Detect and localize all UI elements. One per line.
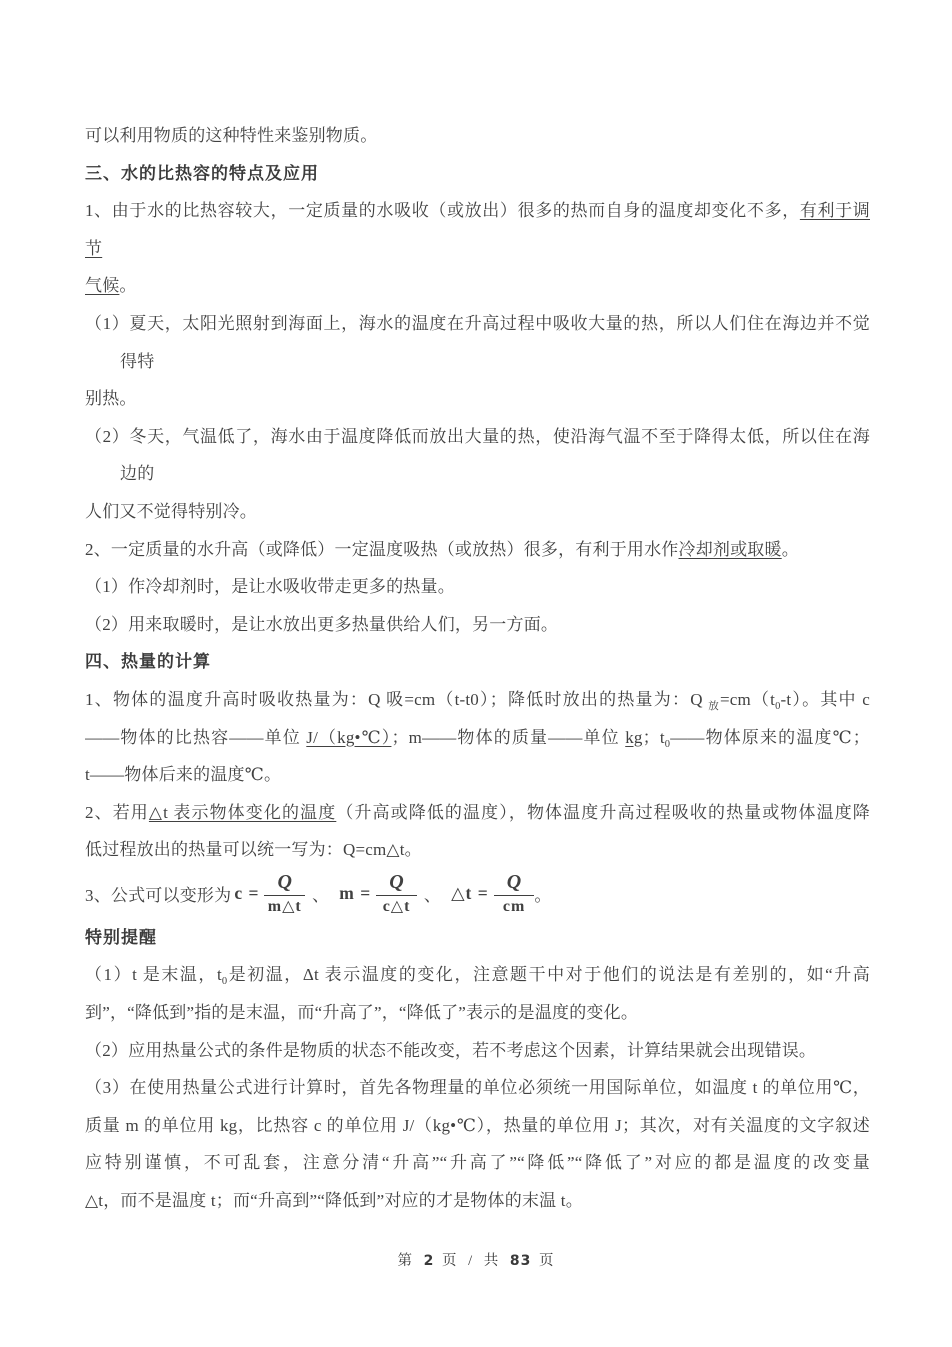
body-line: 低过程放出的热量可以统一写为：Q=cm△t。 [85, 831, 870, 869]
total-pages: 83 [510, 1253, 531, 1269]
section-heading-4: 四、热量的计算 [85, 643, 870, 681]
body-line: 别热。 [85, 380, 870, 418]
underlined-text: △t 表示物体变化的温度 [149, 803, 336, 822]
body-line: 到”，“降低到”指的是末温，而“升高了”，“降低了”表示的是温度的变化。 [85, 994, 870, 1032]
page-number: 2 [424, 1253, 435, 1269]
body-text: -t）。其中 c [781, 690, 870, 709]
body-line: （2）应用热量公式的条件是物质的状态不能改变，若不考虑这个因素，计算结果就会出现… [85, 1032, 870, 1070]
body-line: 人们又不觉得特别冷。 [85, 493, 870, 531]
page-footer: 第 2 页 / 共 83 页 [85, 1243, 870, 1281]
body-line: 节 [85, 230, 870, 268]
footer-text: 页 / 共 [434, 1253, 510, 1269]
underlined-text: 气候 [85, 276, 119, 295]
subscript-text: 0 [665, 739, 670, 750]
body-line: 边的 [85, 455, 870, 493]
body-text: 1、由于水的比热容较大，一定质量的水吸收（或放出）很多的热而自身的温度却变化不多… [85, 201, 800, 220]
special-reminder-heading: 特别提醒 [85, 919, 870, 957]
body-line: 1、由于水的比热容较大，一定质量的水吸收（或放出）很多的热而自身的温度却变化不多… [85, 192, 870, 230]
subscript-text: 放 [708, 701, 720, 712]
body-text: 边的 [120, 464, 154, 483]
body-line: 应特别谨慎，不可乱套，注意分清“升高”“升高了”“降低”“降低了”对应的都是温度… [85, 1144, 870, 1182]
body-line: 得特 [85, 343, 870, 381]
body-text: t——物体后来的温度℃。 [85, 765, 281, 784]
body-text: 人们又不觉得特别冷。 [85, 502, 257, 521]
body-text: =cm（t [720, 690, 775, 709]
body-line: （1）作冷却剂时，是让水吸收带走更多的热量。 [85, 568, 870, 606]
body-text: ——物体的比热容——单位 [85, 728, 306, 747]
fraction-m: Qc△t [376, 871, 417, 916]
body-line: 可以利用物质的这种特性来鉴别物质。 [85, 117, 870, 155]
body-text: 应特别谨慎，不可乱套，注意分清“升高”“升高了”“降低”“降低了”对应的都是温度… [85, 1153, 870, 1172]
body-text: （2）用来取暖时，是让水放出更多热量供给人们，另一方面。 [85, 615, 558, 634]
body-text: （1）作冷却剂时，是让水吸收带走更多的热量。 [85, 577, 455, 596]
fraction-numerator: Q [376, 871, 417, 896]
body-line: △t，而不是温度 t；而“升高到”“降低到”对应的才是物体的末温 t。 [85, 1182, 870, 1220]
body-line: 2、一定质量的水升高（或降低）一定温度吸热（或放热）很多，有利于用水作冷却剂或取… [85, 531, 870, 569]
footer-text: 第 [397, 1253, 423, 1269]
fraction-numerator: Q [264, 871, 305, 896]
body-line: 1、物体的温度升高时吸收热量为：Q 吸=cm（t-t0）；降低时放出的热量为：Q… [85, 681, 870, 719]
formula-separator: 、 [424, 881, 441, 906]
body-text: （升高或降低的温度），物体温度升高过程吸收的热量或物体温度降 [336, 803, 870, 822]
body-text: 1、物体的温度升高时吸收热量为：Q 吸=cm（t-t0）；降低时放出的热量为：Q [85, 690, 708, 709]
body-text: 是初温，Δt 表示温度的变化，注意题干中对于他们的说法是有差别的，如“升高 [227, 965, 870, 984]
body-line: 质量 m 的单位用 kg，比热容 c 的单位用 J/（kg•℃），热量的单位用 … [85, 1107, 870, 1145]
formula-prefix: 3、公式可以变形为 [85, 881, 231, 906]
body-text: 可以利用物质的这种特性来鉴别物质。 [85, 126, 377, 145]
body-text: （2）冬天，气温低了，海水由于温度降低而放出大量的热，使沿海气温不至于降得太低，… [85, 427, 870, 446]
formula-separator: 、 [312, 881, 329, 906]
body-text: ；m——物体的质量——单位 [391, 728, 625, 747]
formula-suffix: 。 [534, 881, 551, 906]
body-text: （1）t 是末温，t [85, 965, 222, 984]
subscript-text: 0 [222, 976, 227, 987]
body-line: t——物体后来的温度℃。 [85, 756, 870, 794]
body-text: （1）夏天，太阳光照射到海面上，海水的温度在升高过程中吸收大量的热，所以人们住在… [85, 314, 870, 333]
body-line: （1）t 是末温，t0是初温，Δt 表示温度的变化，注意题干中对于他们的说法是有… [85, 956, 870, 994]
body-text: ——物体原来的温度℃； [670, 728, 870, 747]
section-heading-3: 三、水的比热容的特点及应用 [85, 155, 870, 193]
fraction-numerator: Q [494, 871, 535, 896]
body-text: △t，而不是温度 t；而“升高到”“降低到”对应的才是物体的末温 t。 [85, 1191, 583, 1210]
fraction-denominator: cm [503, 896, 525, 916]
body-line: （2）用来取暖时，是让水放出更多热量供给人们，另一方面。 [85, 606, 870, 644]
fraction-denominator: m△t [268, 896, 302, 916]
body-text: 质量 m 的单位用 kg，比热容 c 的单位用 J/（kg•℃），热量的单位用 … [85, 1116, 870, 1135]
body-line: ——物体的比热容——单位 J/（kg•℃）；m——物体的质量——单位 kg；t0… [85, 719, 870, 757]
fraction-dt: Qcm [494, 871, 535, 916]
document-page: 可以利用物质的这种特性来鉴别物质。 三、水的比热容的特点及应用 1、由于水的比热… [0, 0, 952, 1347]
body-line: （2）冬天，气温低了，海水由于温度降低而放出大量的热，使沿海气温不至于降得太低，… [85, 418, 870, 456]
underlined-text: 冷却剂或取暖 [679, 540, 782, 559]
body-text: 到”，“降低到”指的是末温，而“升高了”，“降低了”表示的是温度的变化。 [85, 1003, 638, 1022]
heading-text: 特别提醒 [85, 928, 157, 947]
footer-text: 页 [531, 1253, 557, 1269]
formula-lhs-m: m = [339, 883, 371, 904]
underlined-text: 有利于调 [800, 201, 870, 220]
subscript-text: 0 [775, 701, 780, 712]
heading-text: 三、水的比热容的特点及应用 [85, 164, 319, 183]
body-text: 。 [782, 540, 799, 559]
body-text: 别热。 [85, 389, 137, 408]
fraction-denominator: c△t [383, 896, 411, 916]
body-line: 气候。 [85, 267, 870, 305]
body-line: 2、若用△t 表示物体变化的温度（升高或降低的温度），物体温度升高过程吸收的热量… [85, 794, 870, 832]
formula-line: 3、公式可以变形为c =Qm△t、m =Qc△t、△t =Qcm。 [85, 869, 870, 919]
body-text: 2、一定质量的水升高（或降低）一定温度吸热（或放热）很多，有利于用水作 [85, 540, 679, 559]
body-text: （2）应用热量公式的条件是物质的状态不能改变，若不考虑这个因素，计算结果就会出现… [85, 1041, 816, 1060]
formula-lhs-c: c = [234, 883, 259, 904]
body-text: 低过程放出的热量可以统一写为：Q=cm△t。 [85, 840, 422, 859]
body-line: （3）在使用热量公式进行计算时，首先各物理量的单位必须统一用国际单位，如温度 t… [85, 1069, 870, 1107]
formula-lhs-dt: △t = [451, 883, 489, 904]
heading-text: 四、热量的计算 [85, 652, 211, 671]
body-text: ；t [643, 728, 665, 747]
body-text: 。 [119, 276, 136, 295]
body-line: （1）夏天，太阳光照射到海面上，海水的温度在升高过程中吸收大量的热，所以人们住在… [85, 305, 870, 343]
body-text: 得特 [120, 352, 154, 371]
body-text: （3）在使用热量公式进行计算时，首先各物理量的单位必须统一用国际单位，如温度 t… [85, 1078, 870, 1097]
underlined-text: J/（kg•℃） [306, 728, 391, 747]
underlined-text: 节 [85, 239, 102, 258]
underlined-text: kg [625, 728, 642, 747]
fraction-c: Qm△t [264, 871, 305, 916]
body-text: 2、若用 [85, 803, 149, 822]
